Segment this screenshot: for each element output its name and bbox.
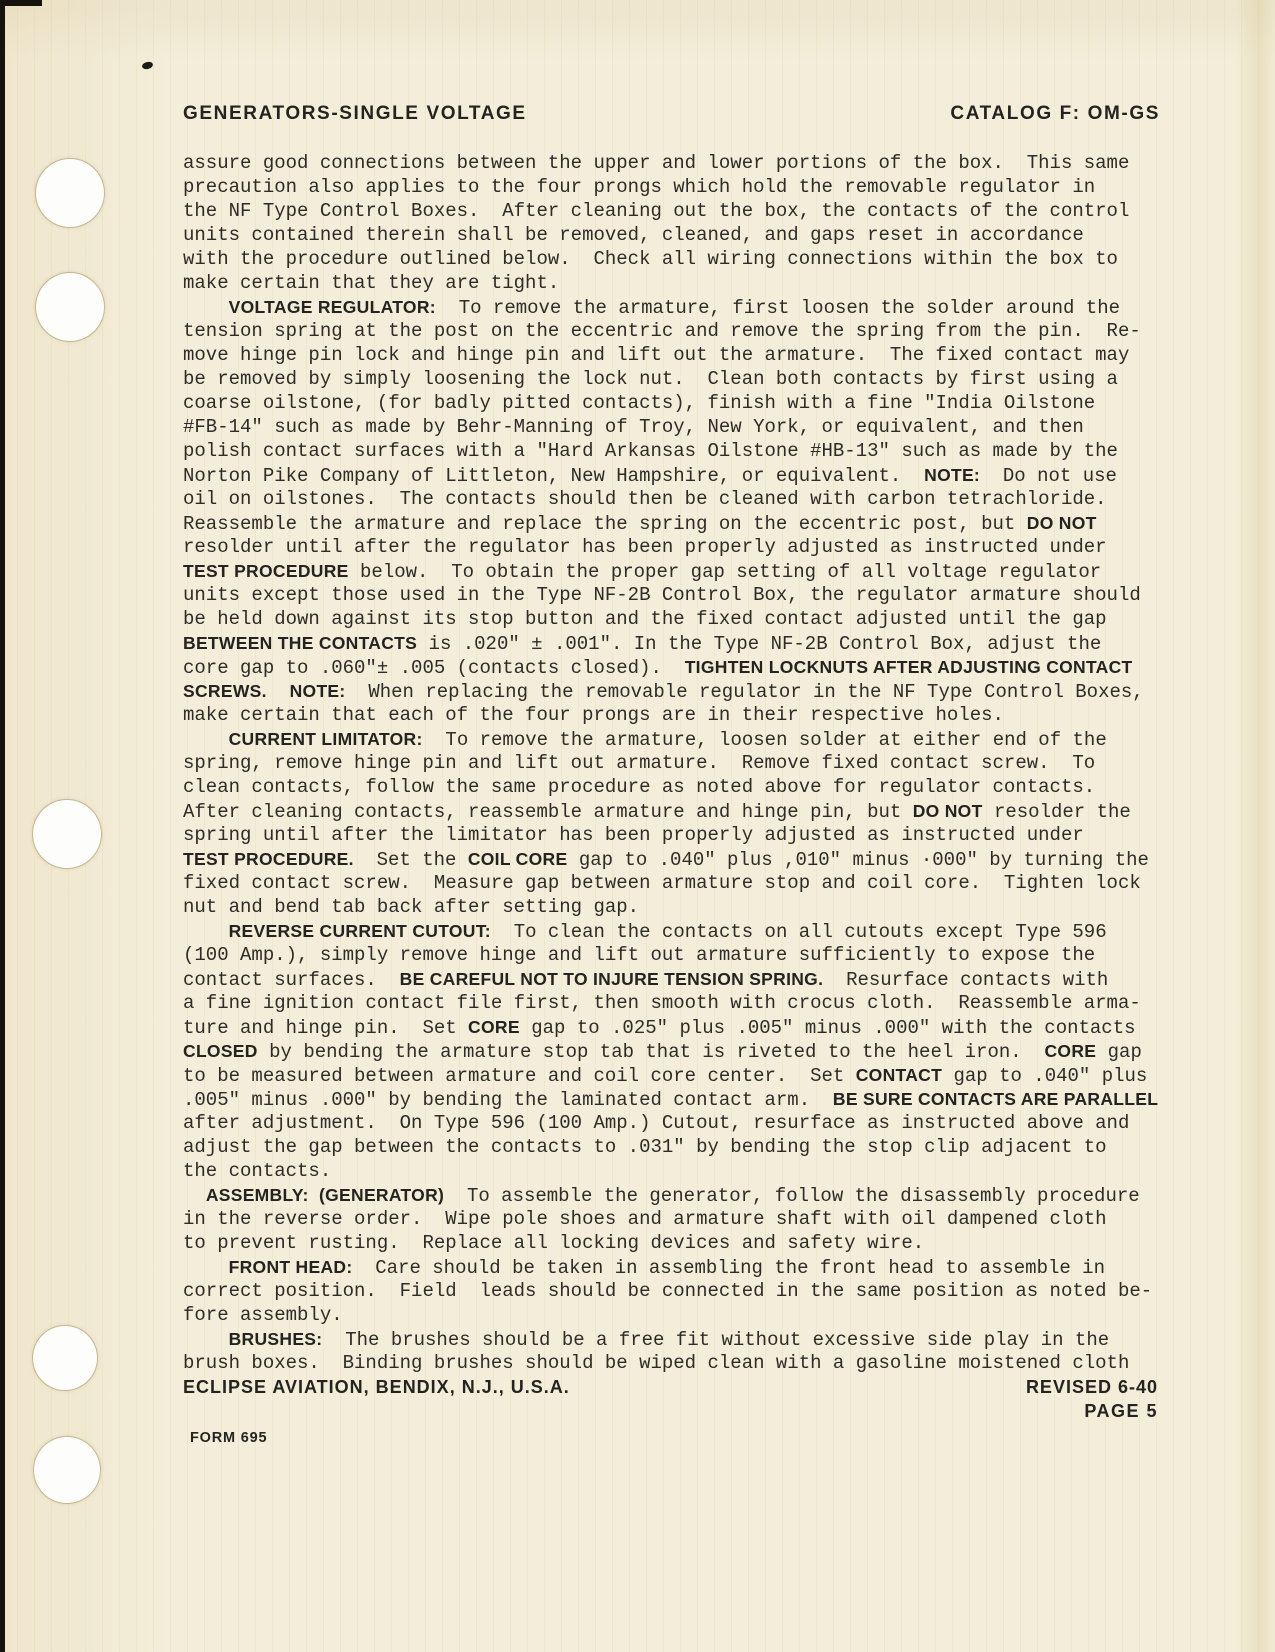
emphasis-text: DO NOT — [1027, 513, 1097, 533]
body-span: contact surfaces. — [183, 969, 400, 991]
body-span: fore assembly. — [183, 1304, 343, 1326]
scan-edge — [0, 0, 5, 1652]
emphasis-text: FRONT HEAD: — [229, 1257, 353, 1277]
text-line: the contacts. — [183, 1159, 1223, 1183]
text-line: units contained therein shall be removed… — [183, 223, 1223, 247]
body-span: After cleaning contacts, reassemble arma… — [183, 801, 913, 823]
text-line: a fine ignition contact file first, then… — [183, 991, 1223, 1015]
body-span: (100 Amp.), simply remove hinge and lift… — [183, 944, 1095, 966]
body-text: assure good connections between the uppe… — [183, 151, 1223, 1375]
text-line: fore assembly. — [183, 1303, 1223, 1327]
text-line: oil on oilstones. The contacts should th… — [183, 487, 1223, 511]
body-span: correct position. Field leads should be … — [183, 1280, 1152, 1302]
text-line: make certain that they are tight. — [183, 271, 1223, 295]
body-span: Norton Pike Company of Littleton, New Ha… — [183, 465, 924, 487]
text-line: after adjustment. On Type 596 (100 Amp.)… — [183, 1111, 1223, 1135]
body-span: units contained therein shall be removed… — [183, 224, 1084, 246]
body-span — [183, 1329, 229, 1351]
body-span: resolder the — [983, 801, 1131, 823]
body-span: in the reverse order. Wipe pole shoes an… — [183, 1208, 1107, 1230]
body-span: units except those used in the Type NF-2… — [183, 584, 1141, 606]
emphasis-text: DO NOT — [913, 801, 983, 821]
text-line: Reassemble the armature and replace the … — [183, 511, 1223, 535]
text-line: .005" minus .000" by bending the laminat… — [183, 1087, 1223, 1111]
text-line: to be measured between armature and coil… — [183, 1063, 1223, 1087]
body-span — [183, 729, 229, 751]
text-line: ASSEMBLY: (GENERATOR) To assemble the ge… — [183, 1183, 1223, 1207]
text-line: REVERSE CURRENT CUTOUT: To clean the con… — [183, 919, 1223, 943]
text-line: CLOSED by bending the armature stop tab … — [183, 1039, 1223, 1063]
body-span: after adjustment. On Type 596 (100 Amp.)… — [183, 1112, 1129, 1134]
text-line: brush boxes. Binding brushes should be w… — [183, 1351, 1223, 1375]
text-line: precaution also applies to the four pron… — [183, 175, 1223, 199]
text-line: VOLTAGE REGULATOR: To remove the armatur… — [183, 295, 1223, 319]
body-span: move hinge pin lock and hinge pin and li… — [183, 344, 1129, 366]
body-span — [183, 1185, 206, 1207]
text-line: BETWEEN THE CONTACTS is .020" ± .001". I… — [183, 631, 1223, 655]
body-span: spring until after the limitator has bee… — [183, 824, 1084, 846]
text-line: move hinge pin lock and hinge pin and li… — [183, 343, 1223, 367]
body-span: The brushes should be a free fit without… — [322, 1329, 1109, 1351]
emphasis-text: CONTACT — [856, 1065, 942, 1085]
body-span: with the procedure outlined below. Check… — [183, 248, 1118, 270]
body-span: is .020" ± .001". In the Type NF-2B Cont… — [417, 633, 1101, 655]
emphasis-text: SCREWS. — [183, 681, 267, 701]
body-span: spring, remove hinge pin and lift out ar… — [183, 752, 1095, 774]
body-span: To assemble the generator, follow the di… — [444, 1185, 1140, 1207]
emphasis-text: ASSEMBLY: (GENERATOR) — [206, 1185, 444, 1205]
text-line: After cleaning contacts, reassemble arma… — [183, 799, 1223, 823]
emphasis-text: TEST PROCEDURE. — [183, 849, 354, 869]
text-line: resolder until after the regulator has b… — [183, 535, 1223, 559]
body-span: fixed contact screw. Measure gap between… — [183, 872, 1141, 894]
text-line: #FB-14" such as made by Behr-Manning of … — [183, 415, 1223, 439]
body-span: tension spring at the post on the eccent… — [183, 320, 1141, 342]
text-line: ture and hinge pin. Set CORE gap to .025… — [183, 1015, 1223, 1039]
text-line: polish contact surfaces with a "Hard Ark… — [183, 439, 1223, 463]
emphasis-text: CORE — [468, 1017, 520, 1037]
body-span: gap to .040" plus — [942, 1065, 1147, 1087]
text-line: be removed by simply loosening the lock … — [183, 367, 1223, 391]
page-header: GENERATORS-SINGLE VOLTAGE CATALOG F: OM-… — [183, 103, 1160, 125]
body-span: assure good connections between the uppe… — [183, 152, 1129, 174]
emphasis-text: VOLTAGE REGULATOR: — [229, 297, 436, 317]
emphasis-text: TIGHTEN LOCKNUTS AFTER ADJUSTING CONTACT — [685, 657, 1133, 677]
body-span: by bending the armature stop tab that is… — [258, 1041, 1045, 1063]
emphasis-text: NOTE: — [924, 465, 980, 485]
body-span — [183, 921, 229, 943]
text-line: be held down against its stop button and… — [183, 607, 1223, 631]
body-span: the contacts. — [183, 1160, 331, 1182]
text-line: assure good connections between the uppe… — [183, 151, 1223, 175]
text-line: fixed contact screw. Measure gap between… — [183, 871, 1223, 895]
emphasis-text: BRUSHES: — [229, 1329, 323, 1349]
punch-hole — [34, 1437, 100, 1503]
body-span: a fine ignition contact file first, then… — [183, 992, 1141, 1014]
body-span: .005" minus .000" by bending the laminat… — [183, 1089, 833, 1111]
punch-hole — [33, 1326, 97, 1390]
scan-corner-mark — [0, 0, 42, 6]
company-imprint: ECLIPSE AVIATION, BENDIX, N.J., U.S.A. — [183, 1377, 570, 1398]
text-line: CURRENT LIMITATOR: To remove the armatur… — [183, 727, 1223, 751]
body-span: gap to .025" plus .005" minus .000" with… — [520, 1017, 1136, 1039]
page-number: PAGE 5 — [1084, 1401, 1158, 1421]
text-line: tension spring at the post on the eccent… — [183, 319, 1223, 343]
emphasis-text: BE SURE CONTACTS ARE PARALLEL — [833, 1089, 1158, 1109]
emphasis-text: CLOSED — [183, 1041, 258, 1061]
body-span: to be measured between armature and coil… — [183, 1065, 856, 1087]
document-title: GENERATORS-SINGLE VOLTAGE — [183, 103, 527, 125]
body-span: ture and hinge pin. Set — [183, 1017, 468, 1039]
text-line: (100 Amp.), simply remove hinge and lift… — [183, 943, 1223, 967]
body-span: core gap to .060"± .005 (contacts closed… — [183, 657, 685, 679]
body-span: be removed by simply loosening the lock … — [183, 368, 1118, 390]
text-line: correct position. Field leads should be … — [183, 1279, 1223, 1303]
body-span: clean contacts, follow the same procedur… — [183, 776, 1095, 798]
catalog-reference: CATALOG F: OM-GS — [950, 103, 1160, 125]
emphasis-text: BETWEEN THE CONTACTS — [183, 633, 417, 653]
text-line: make certain that each of the four prong… — [183, 703, 1223, 727]
emphasis-text: CORE — [1044, 1041, 1096, 1061]
text-line: BRUSHES: The brushes should be a free fi… — [183, 1327, 1223, 1351]
body-span: Do not use — [980, 465, 1117, 487]
body-span: Care should be taken in assembling the f… — [352, 1257, 1105, 1279]
body-span: polish contact surfaces with a "Hard Ark… — [183, 440, 1118, 462]
body-span: the NF Type Control Boxes. After cleanin… — [183, 200, 1129, 222]
form-number-row: FORM 695 — [190, 1429, 267, 1447]
emphasis-text: REVERSE CURRENT CUTOUT: — [229, 921, 491, 941]
body-span: coarse oilstone, (for badly pitted conta… — [183, 392, 1095, 414]
body-span: precaution also applies to the four pron… — [183, 176, 1095, 198]
emphasis-text: CURRENT LIMITATOR: — [229, 729, 423, 749]
form-number: FORM 695 — [190, 1430, 267, 1446]
punch-hole — [33, 800, 101, 868]
text-line: spring, remove hinge pin and lift out ar… — [183, 751, 1223, 775]
emphasis-text: TEST PROCEDURE — [183, 561, 349, 581]
text-line: nut and bend tab back after setting gap. — [183, 895, 1223, 919]
body-span: to prevent rusting. Replace all locking … — [183, 1232, 924, 1254]
text-line: coarse oilstone, (for badly pitted conta… — [183, 391, 1223, 415]
body-span: resolder until after the regulator has b… — [183, 536, 1107, 558]
scanned-document-page: GENERATORS-SINGLE VOLTAGE CATALOG F: OM-… — [0, 0, 1275, 1652]
body-span: adjust the gap between the contacts to .… — [183, 1136, 1107, 1158]
page-footer: ECLIPSE AVIATION, BENDIX, N.J., U.S.A. R… — [183, 1377, 1158, 1398]
body-span — [267, 681, 290, 703]
punch-hole — [36, 159, 104, 227]
body-span: Resurface contacts with — [823, 969, 1108, 991]
text-line: core gap to .060"± .005 (contacts closed… — [183, 655, 1223, 679]
text-line: contact surfaces. BE CAREFUL NOT TO INJU… — [183, 967, 1223, 991]
body-span: Set the — [354, 849, 468, 871]
body-span: below. To obtain the proper gap setting … — [349, 561, 1102, 583]
body-span: make certain that they are tight. — [183, 272, 559, 294]
body-span: nut and bend tab back after setting gap. — [183, 896, 639, 918]
revision-note: REVISED 6-40 — [1026, 1377, 1158, 1398]
body-span: To remove the armature, first loosen the… — [436, 297, 1120, 319]
text-line: Norton Pike Company of Littleton, New Ha… — [183, 463, 1223, 487]
body-span: be held down against its stop button and… — [183, 608, 1107, 630]
text-line: adjust the gap between the contacts to .… — [183, 1135, 1223, 1159]
body-span: To clean the contacts on all cutouts exc… — [491, 921, 1107, 943]
emphasis-text: COIL CORE — [468, 849, 568, 869]
text-line: FRONT HEAD: Care should be taken in asse… — [183, 1255, 1223, 1279]
text-line: spring until after the limitator has bee… — [183, 823, 1223, 847]
body-span — [183, 1257, 229, 1279]
body-span: #FB-14" such as made by Behr-Manning of … — [183, 416, 1084, 438]
text-line: TEST PROCEDURE. Set the COIL CORE gap to… — [183, 847, 1223, 871]
body-span: Reassemble the armature and replace the … — [183, 513, 1027, 535]
body-span: When replacing the removable regulator i… — [346, 681, 1144, 703]
body-span: To remove the armature, loosen solder at… — [423, 729, 1107, 751]
text-line: units except those used in the Type NF-2… — [183, 583, 1223, 607]
body-span: gap — [1096, 1041, 1142, 1063]
body-span — [183, 297, 229, 319]
text-line: TEST PROCEDURE below. To obtain the prop… — [183, 559, 1223, 583]
body-span: brush boxes. Binding brushes should be w… — [183, 1352, 1129, 1374]
text-line: clean contacts, follow the same procedur… — [183, 775, 1223, 799]
emphasis-text: NOTE: — [290, 681, 346, 701]
emphasis-text: BE CAREFUL NOT TO INJURE TENSION SPRING. — [400, 969, 824, 989]
text-line: the NF Type Control Boxes. After cleanin… — [183, 199, 1223, 223]
body-span: oil on oilstones. The contacts should th… — [183, 488, 1107, 510]
ink-dot — [141, 61, 153, 70]
punch-hole — [36, 273, 104, 341]
text-line: in the reverse order. Wipe pole shoes an… — [183, 1207, 1223, 1231]
body-span: gap to .040" plus ,010" minus ·000" by t… — [567, 849, 1149, 871]
text-line: SCREWS. NOTE: When replacing the removab… — [183, 679, 1223, 703]
body-span: make certain that each of the four prong… — [183, 704, 1004, 726]
text-line: with the procedure outlined below. Check… — [183, 247, 1223, 271]
text-line: to prevent rusting. Replace all locking … — [183, 1231, 1223, 1255]
page-number-row: PAGE 5 — [183, 1401, 1158, 1422]
